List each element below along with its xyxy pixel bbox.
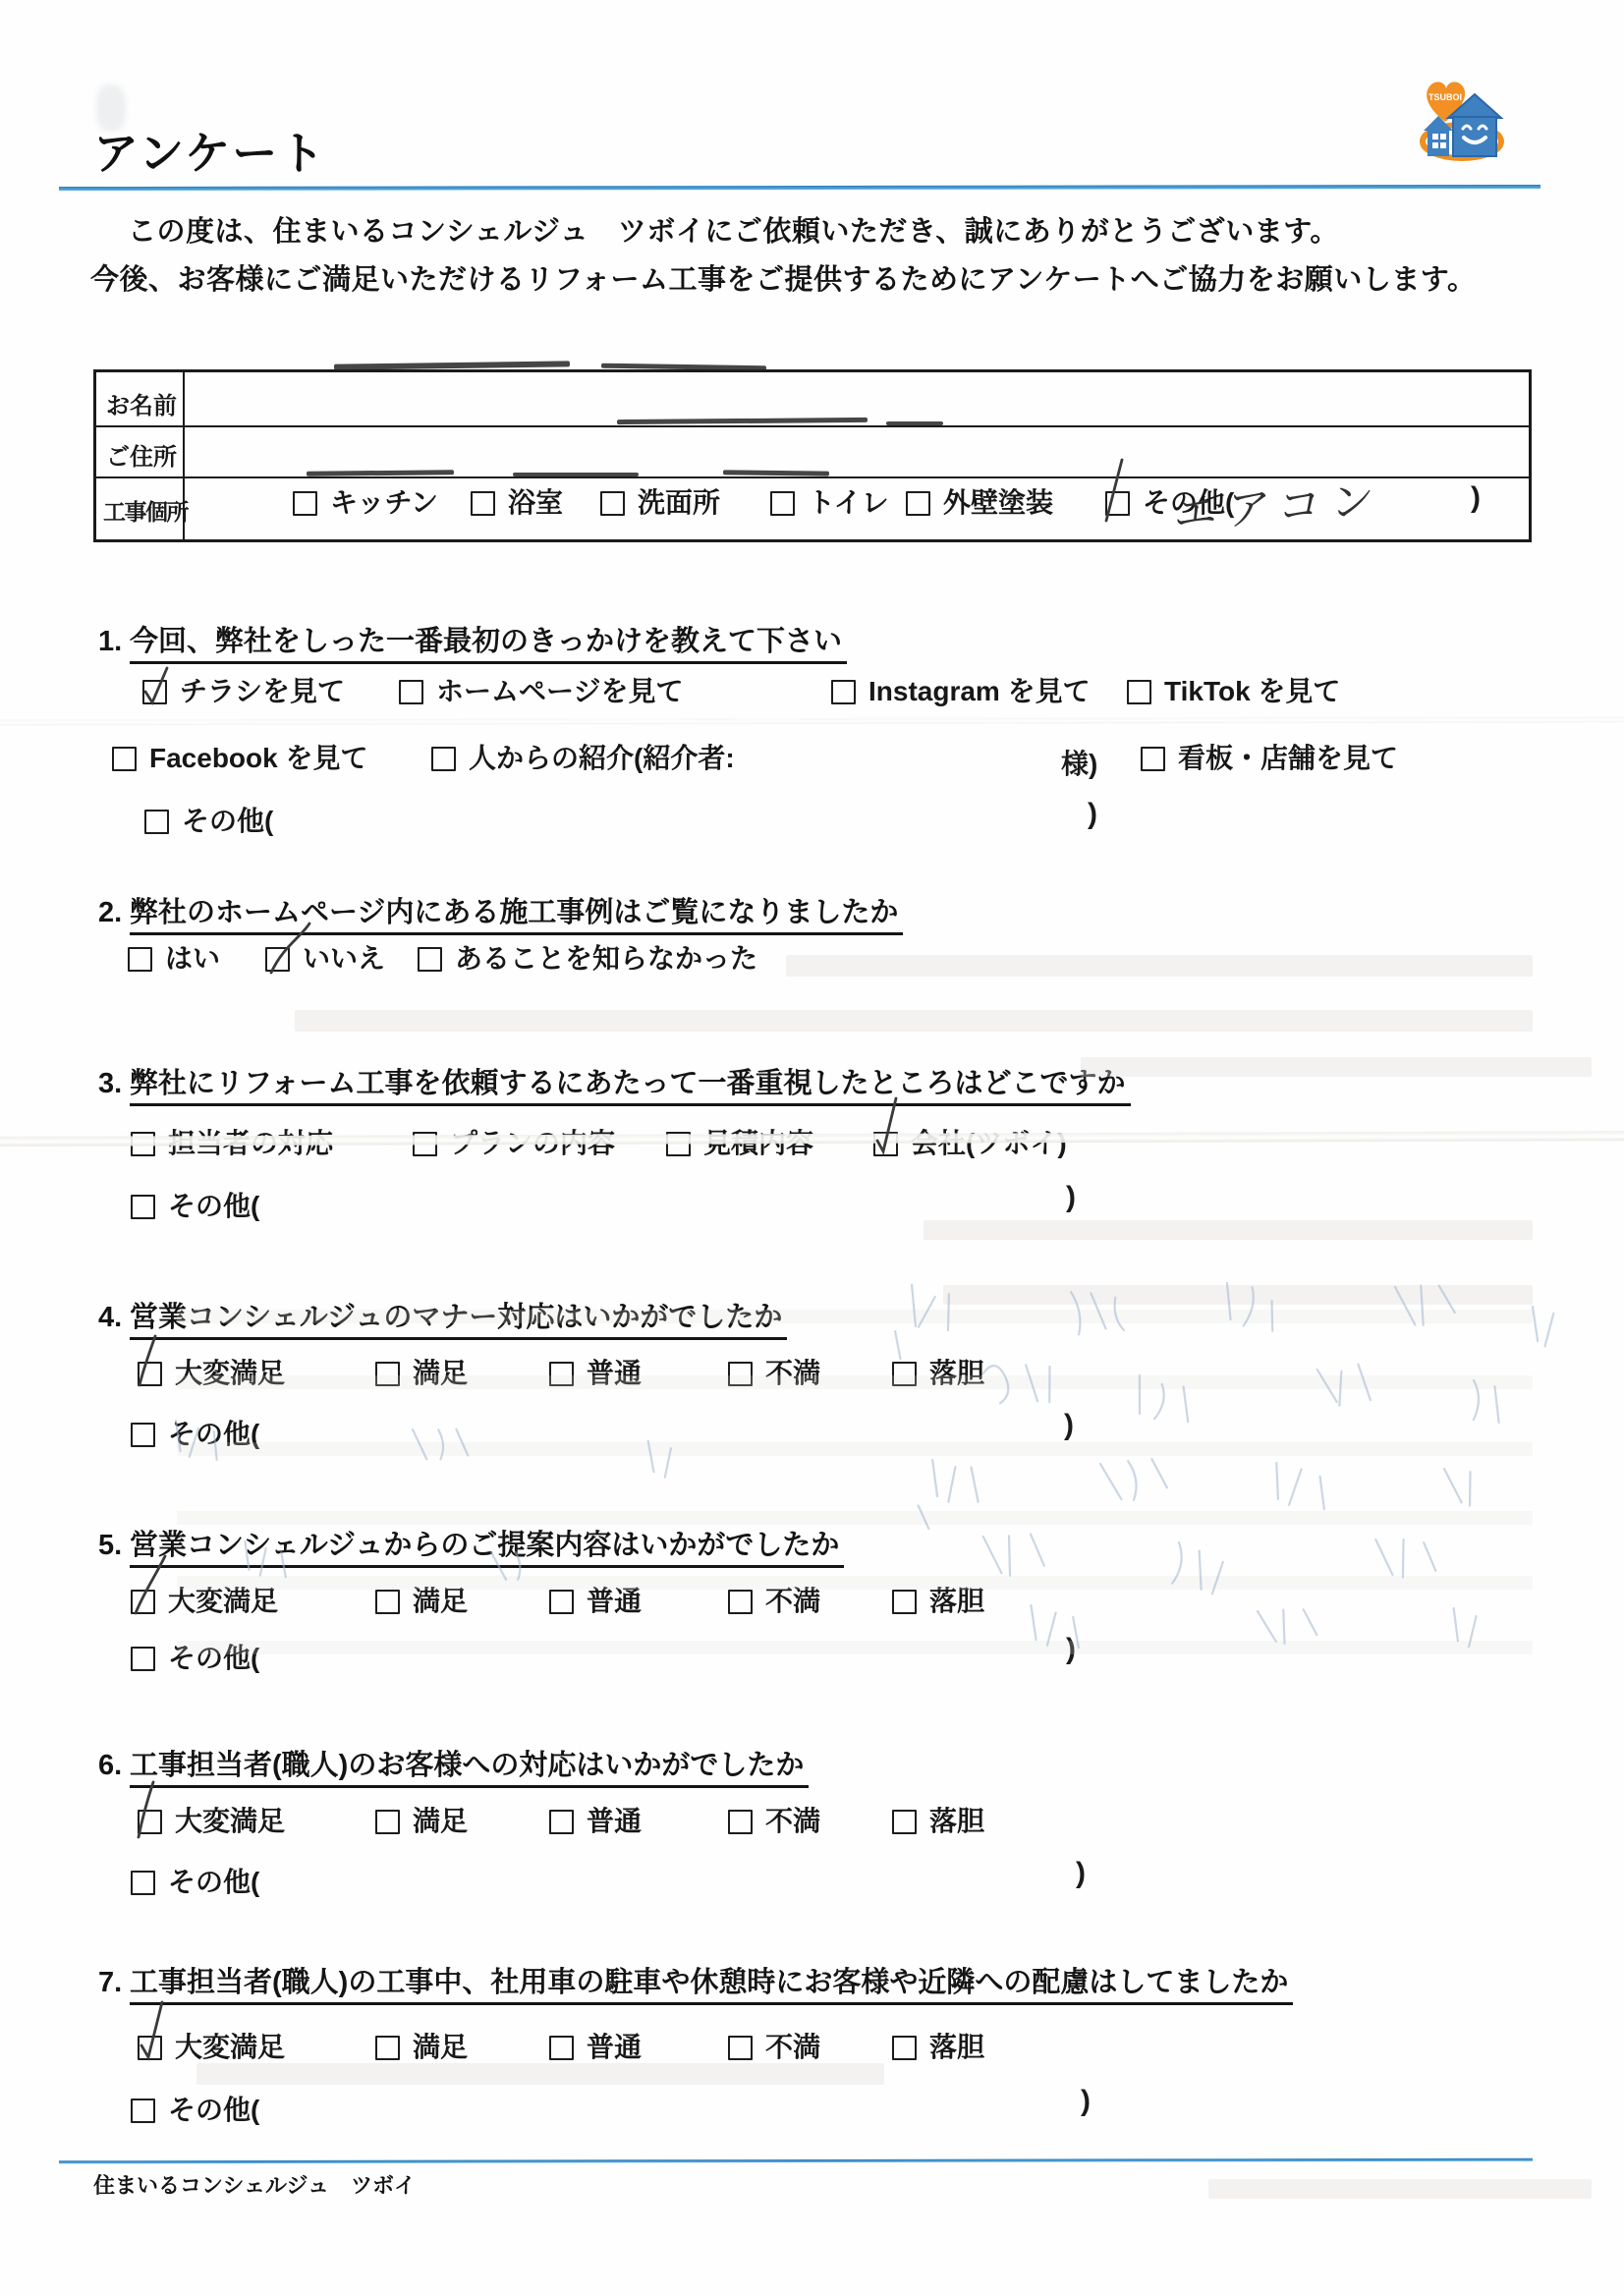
checkbox[interactable]	[131, 1647, 155, 1671]
survey-option: 浴室	[471, 487, 563, 519]
survey-option: 看板・店舗を見て	[1141, 743, 1398, 774]
survey-option: 満足	[375, 1586, 468, 1617]
option-label: その他(	[168, 1867, 259, 1898]
checkbox[interactable]	[892, 2036, 917, 2060]
option-label: その他(	[182, 806, 273, 837]
option-label: 浴室	[508, 487, 563, 519]
big-house-body-icon	[1453, 117, 1496, 156]
table-row-divider	[96, 425, 1529, 427]
survey-option: その他(	[144, 806, 273, 837]
option-label: いいえ	[303, 943, 385, 975]
checkbox[interactable]	[265, 947, 290, 972]
survey-option: いいえ	[265, 943, 385, 975]
survey-option: 大変満足	[131, 1586, 278, 1617]
survey-option: 満足	[375, 1806, 468, 1837]
address-field-value[interactable]	[187, 429, 1523, 473]
question-1-options-row-3: その他( )	[0, 806, 1624, 841]
survey-option: その他(	[131, 1191, 259, 1222]
bleed-through-band	[177, 1641, 1533, 1654]
checkbox[interactable]	[1141, 747, 1165, 771]
option-label: 不満	[765, 1806, 820, 1837]
question-1-title: 1.今回、弊社をしった一番最初のきっかけを教えて下さい	[98, 619, 847, 659]
checkbox[interactable]	[131, 1590, 155, 1614]
question-7-title: 7.工事担当者(職人)の工事中、社用車の駐車や休憩時にお客様や近隣への配慮はして…	[98, 1960, 1293, 2000]
footer-divider	[59, 2158, 1533, 2164]
checkbox[interactable]	[728, 1810, 753, 1834]
option-label: はい	[165, 943, 220, 975]
checkbox[interactable]	[144, 810, 169, 834]
question-7-options-row-1: 大変満足 満足 普通 不満 落胆	[0, 2032, 1624, 2067]
checkbox[interactable]	[293, 491, 317, 516]
checkbox[interactable]	[600, 491, 625, 516]
address-row-label: ご住所	[106, 437, 177, 472]
footer-company-name: 住まいるコンシェルジュ ツボイ	[93, 2169, 416, 2200]
intro-line-2: 今後、お客様にご満足いただけるリフォーム工事をご提供するためにアンケートへご協力…	[90, 257, 1477, 298]
survey-option: 普通	[549, 1806, 642, 1837]
survey-option: TikTok を見て	[1127, 676, 1340, 707]
option-label: 人からの紹介(紹介者:	[469, 743, 735, 774]
survey-option: 外壁塗装	[906, 487, 1053, 519]
checkbox[interactable]	[431, 747, 456, 771]
checkbox[interactable]	[418, 947, 442, 972]
close-paren: )	[1081, 2085, 1091, 2118]
survey-option: 普通	[549, 1586, 642, 1617]
checkbox[interactable]	[375, 1810, 400, 1834]
checkbox[interactable]	[142, 680, 167, 704]
option-label: その他(	[168, 2095, 259, 2126]
survey-option: キッチン	[293, 487, 438, 519]
option-label: トイレ	[808, 487, 889, 519]
survey-option: 不満	[728, 2032, 820, 2063]
checkbox[interactable]	[1127, 680, 1151, 704]
option-label: 満足	[413, 1586, 468, 1617]
name-row-label: お名前	[106, 386, 177, 420]
bleed-through-band	[196, 2063, 884, 2085]
option-label: TikTok を見て	[1164, 676, 1340, 707]
scan-crease	[0, 717, 1624, 726]
close-paren: )	[1066, 1181, 1076, 1214]
question-2-title: 2.弊社のホームページ内にある施工事例はご覧になりましたか	[98, 890, 903, 930]
bleed-through-band	[177, 1310, 1533, 1323]
checkbox[interactable]	[728, 2036, 753, 2060]
option-label: 不満	[765, 1586, 820, 1617]
checkbox[interactable]	[549, 2036, 574, 2060]
option-label: 満足	[413, 1806, 468, 1837]
option-label: 大変満足	[168, 1586, 278, 1617]
option-label: 看板・店舗を見て	[1178, 743, 1398, 774]
survey-scan-page: アンケート TSUBOI この度は、住まいるコンシェルジュ ツボイにご依頼いただ…	[0, 0, 1624, 2295]
option-label: Facebook を見て	[149, 743, 367, 774]
survey-option: 大変満足	[138, 1806, 285, 1837]
survey-option: Facebook を見て	[112, 743, 367, 774]
survey-option: 大変満足	[138, 2032, 285, 2063]
checkbox[interactable]	[112, 747, 137, 771]
option-label: 大変満足	[175, 2032, 285, 2063]
survey-option: ホームページを見て	[399, 676, 683, 707]
bleed-through-band	[1081, 1057, 1592, 1077]
checkbox[interactable]	[138, 1810, 162, 1834]
survey-option: 落胆	[892, 1586, 984, 1617]
survey-option: 落胆	[892, 2032, 984, 2063]
survey-option: あることを知らなかった	[418, 943, 757, 975]
checkbox[interactable]	[549, 1810, 574, 1834]
checkbox[interactable]	[471, 491, 495, 516]
bleed-through-band	[177, 1442, 1533, 1456]
survey-option: Instagram を見て	[831, 676, 1091, 707]
checkbox[interactable]	[131, 1871, 155, 1895]
tsuboi-logo: TSUBOI	[1415, 75, 1508, 169]
survey-option: 落胆	[892, 1806, 984, 1837]
survey-option: 人からの紹介(紹介者:	[431, 743, 735, 774]
option-label: その他(	[168, 1191, 259, 1222]
survey-option: はい	[128, 943, 220, 975]
survey-option: 満足	[375, 2032, 468, 2063]
question-7-options-row-2: その他( )	[0, 2095, 1624, 2130]
option-label: 落胆	[929, 1806, 984, 1837]
bleed-through-band	[177, 1375, 1533, 1389]
question-1-options-row-2: Facebook を見て 人からの紹介(紹介者: 様) 看板・店舗を見て	[0, 743, 1624, 778]
question-5-options-row-1: 大変満足 満足 普通 不満 落胆	[0, 1586, 1624, 1621]
close-paren: )	[1064, 1409, 1074, 1442]
survey-option: その他(	[131, 1867, 259, 1898]
question-6-title: 6.工事担当者(職人)のお客様への対応はいかがでしたか	[98, 1743, 809, 1783]
survey-option: 不満	[728, 1806, 820, 1837]
option-label: 外壁塗装	[943, 487, 1053, 519]
redaction-mark	[886, 421, 943, 425]
bleed-through-band	[924, 1220, 1533, 1240]
page-title: アンケート	[93, 118, 326, 183]
checkbox[interactable]	[770, 491, 795, 516]
survey-option: 不満	[728, 1586, 820, 1617]
question-3-title: 3.弊社にリフォーム工事を依頼するにあたって一番重視したところはどこですか	[98, 1061, 1131, 1101]
close-paren: )	[1076, 1857, 1086, 1890]
checkbox[interactable]	[138, 1362, 162, 1386]
option-label: 普通	[587, 1586, 642, 1617]
option-label: 洗面所	[638, 487, 720, 519]
bleed-through-band	[786, 955, 1533, 977]
checkbox[interactable]	[138, 2036, 162, 2060]
close-paren: )	[1088, 798, 1097, 831]
title-divider	[59, 185, 1540, 191]
intro-line-1: この度は、住まいるコンシェルジュ ツボイにご依頼いただき、誠にありがとうございま…	[128, 209, 1339, 250]
referrer-suffix: 様)	[1061, 743, 1097, 782]
redaction-mark	[513, 473, 639, 476]
question-6-options-row-2: その他( )	[0, 1867, 1624, 1902]
checkbox[interactable]	[131, 1423, 155, 1447]
question-6-options-row-1: 大変満足 満足 普通 不満 落胆	[0, 1806, 1624, 1841]
option-label: 落胆	[929, 2032, 984, 2063]
checkbox[interactable]	[128, 947, 152, 972]
checkbox[interactable]	[892, 1810, 917, 1834]
checkbox[interactable]	[549, 1590, 574, 1614]
option-label: 満足	[413, 2032, 468, 2063]
option-label: 不満	[765, 2032, 820, 2063]
question-1-options-row-1: チラシを見て ホームページを見て Instagram を見て TikTok を見…	[0, 676, 1624, 711]
checkbox[interactable]	[728, 1590, 753, 1614]
option-label: あることを知らなかった	[455, 943, 757, 975]
option-label: チラシを見て	[180, 676, 345, 707]
option-label: 大変満足	[175, 1806, 285, 1837]
logo-text: TSUBOI	[1428, 92, 1462, 102]
survey-option: トイレ	[770, 487, 889, 519]
option-label: 普通	[587, 1806, 642, 1837]
option-label: キッチン	[330, 487, 438, 519]
bleed-through-band	[177, 1576, 1533, 1590]
checkbox[interactable]	[375, 1590, 400, 1614]
checkbox[interactable]	[131, 2099, 155, 2123]
question-5-title: 5.営業コンシェルジュからのご提案内容はいかがでしたか	[98, 1523, 844, 1563]
option-label: 落胆	[929, 1586, 984, 1617]
option-label: ホームページを見て	[436, 676, 683, 707]
close-paren: )	[1471, 481, 1481, 515]
checkbox[interactable]	[831, 680, 856, 704]
bleed-through-band	[295, 1010, 1533, 1032]
checkbox[interactable]	[1105, 491, 1130, 516]
checkbox[interactable]	[892, 1590, 917, 1614]
name-field-value[interactable]	[187, 376, 1523, 423]
bleed-through-band	[1208, 2179, 1592, 2199]
option-label: Instagram を見て	[868, 676, 1091, 707]
bleed-through-band	[943, 1285, 1533, 1305]
survey-option: 洗面所	[600, 487, 720, 519]
option-label: 普通	[587, 2032, 642, 2063]
survey-option: チラシを見て	[142, 676, 345, 707]
checkbox[interactable]	[131, 1195, 155, 1219]
survey-option: 普通	[549, 2032, 642, 2063]
checkbox[interactable]	[399, 680, 423, 704]
survey-option: その他(	[131, 2095, 259, 2126]
checkbox[interactable]	[375, 2036, 400, 2060]
checkbox[interactable]	[906, 491, 930, 516]
bleed-through-band	[177, 1511, 1533, 1525]
